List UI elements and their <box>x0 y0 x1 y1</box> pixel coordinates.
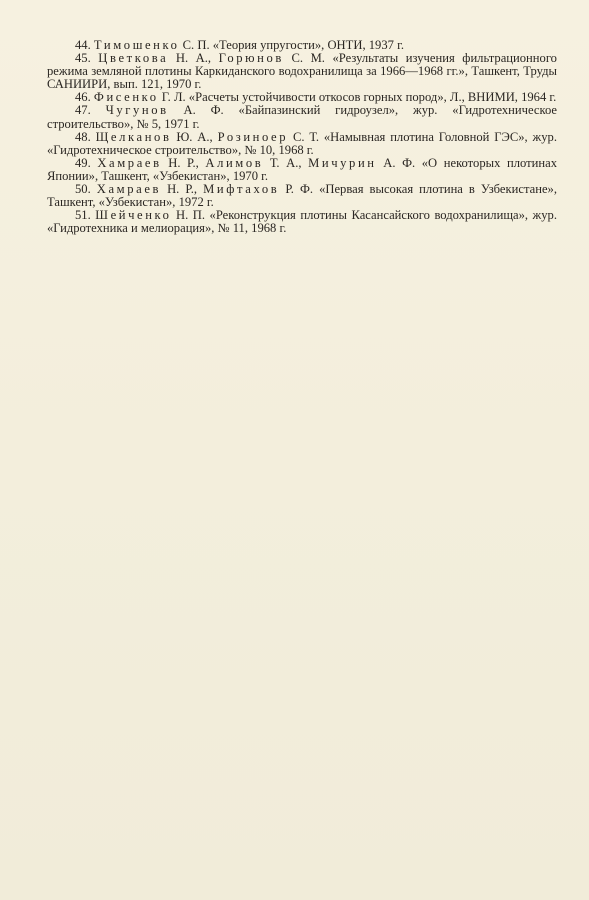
ref-author: Цветкова <box>98 51 168 65</box>
ref-number: 47. <box>75 103 91 117</box>
reference-45: 45. Цветкова Н. А., Горюнов С. М. «Резул… <box>47 52 557 91</box>
reference-47: 47. Чугунов А. Ф. «Байпазинский гидроузе… <box>47 104 557 130</box>
ref-text: Н. Р., <box>161 182 203 196</box>
reference-list: 44. Тимошенко С. П. «Теория упругости», … <box>47 39 557 235</box>
ref-author: Тимошенко <box>94 38 180 52</box>
ref-text: Н. А., <box>168 51 218 65</box>
ref-text: Ю. А., <box>172 130 218 144</box>
ref-number: 45. <box>75 51 91 65</box>
ref-author: Чугунов <box>106 103 169 117</box>
ref-number: 50. <box>75 182 91 196</box>
ref-number: 51. <box>75 208 91 222</box>
ref-text: Т. А., <box>263 156 308 170</box>
ref-author: Шейченко <box>95 208 171 222</box>
reference-48: 48. Щелканов Ю. А., Розиноер С. Т. «Намы… <box>47 131 557 157</box>
ref-text: Г. Л. «Расчеты устойчивости откосов горн… <box>159 90 557 104</box>
ref-text: С. П. «Теория упругости», ОНТИ, 1937 г. <box>180 38 404 52</box>
ref-number: 48. <box>75 130 91 144</box>
ref-author: Щелканов <box>96 130 172 144</box>
reference-50: 50. Хамраев Н. Р., Мифтахов Р. Ф. «Перва… <box>47 183 557 209</box>
reference-51: 51. Шейченко Н. П. «Реконструкция плотин… <box>47 209 557 235</box>
ref-author: Фисенко <box>94 90 159 104</box>
reference-49: 49. Хамраев Н. Р., Алимов Т. А., Мичурин… <box>47 157 557 183</box>
ref-number: 49. <box>75 156 91 170</box>
ref-author-2: Горюнов <box>219 51 284 65</box>
ref-text: Н. Р., <box>162 156 206 170</box>
ref-author-3: Мичурин <box>308 156 377 170</box>
ref-author-2: Розиноер <box>218 130 289 144</box>
ref-author: Хамраев <box>97 156 161 170</box>
ref-author: Хамраев <box>97 182 161 196</box>
ref-number: 44. <box>75 38 91 52</box>
ref-number: 46. <box>75 90 91 104</box>
document-page: 44. Тимошенко С. П. «Теория упругости», … <box>0 0 589 900</box>
ref-author-2: Мифтахов <box>203 182 279 196</box>
ref-author-2: Алимов <box>205 156 263 170</box>
